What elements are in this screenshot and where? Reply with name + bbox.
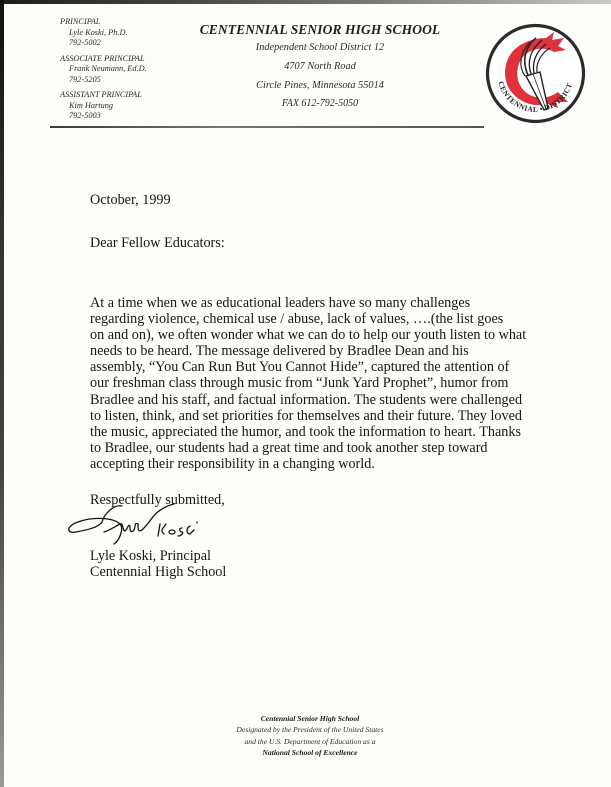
body-line: the music, appreciated the humor, and to… <box>90 424 526 440</box>
body-line: on and on), we often wonder what we can … <box>90 327 526 343</box>
administration-list: PRINCIPAL Lyle Koski, Ph.D. 792-5002 ASS… <box>60 17 147 122</box>
scan-edge-left <box>0 0 4 787</box>
body-line: At a time when we as educational leaders… <box>90 295 526 311</box>
admin-phone: 792-5003 <box>60 111 147 122</box>
school-name: CENTENNIAL SENIOR HIGH SCHOOL <box>170 22 470 38</box>
body-line: our freshman class through music from “J… <box>90 375 526 391</box>
school-street: 4707 North Road <box>170 57 470 76</box>
admin-name: Frank Neumann, Ed.D. <box>60 64 147 75</box>
body-line: accepting their responsibility in a chan… <box>90 456 526 472</box>
body-line: to listen, think, and set priorities for… <box>90 408 526 424</box>
admin-name: Lyle Koski, Ph.D. <box>60 28 147 39</box>
admin-role: ASSISTANT PRINCIPAL <box>60 90 147 101</box>
body-line: Bradlee and his staff, and factual infor… <box>90 392 526 408</box>
body-line: regarding violence, chemical use / abuse… <box>90 311 526 327</box>
body-line: assembly, “You Can Run But You Cannot Hi… <box>90 359 526 375</box>
school-city: Circle Pines, Minnesota 55014 <box>170 76 470 95</box>
torch-c-logo-icon: CENTENNIAL • DISTRICT 12 <box>484 22 587 125</box>
letter-date: October, 1999 <box>90 192 171 208</box>
signer-school: Centennial High School <box>90 564 226 580</box>
letter-salutation: Dear Fellow Educators: <box>90 235 225 251</box>
admin-role: ASSOCIATE PRINCIPAL <box>60 54 147 65</box>
scan-edge-top <box>0 0 611 4</box>
school-district: Independent School District 12 <box>170 38 470 57</box>
footer-award: National School of Excellence <box>200 747 420 758</box>
admin-role: PRINCIPAL <box>60 17 147 28</box>
admin-phone: 792-5002 <box>60 38 147 49</box>
signer-name: Lyle Koski, Principal <box>90 548 211 564</box>
footer-school-name: Centennial Senior High School <box>200 713 420 724</box>
school-header: CENTENNIAL SENIOR HIGH SCHOOL Independen… <box>170 22 470 109</box>
admin-entry-associate-principal: ASSOCIATE PRINCIPAL Frank Neumann, Ed.D.… <box>60 54 147 86</box>
footer-designation: Centennial Senior High School Designated… <box>200 713 420 758</box>
handwritten-signature-icon <box>64 500 204 548</box>
admin-name: Kim Hartung <box>60 101 147 112</box>
admin-entry-assistant-principal: ASSISTANT PRINCIPAL Kim Hartung 792-5003 <box>60 90 147 122</box>
footer-line: Designated by the President of the Unite… <box>200 724 420 735</box>
header-divider <box>50 126 484 128</box>
letter-body: At a time when we as educational leaders… <box>90 295 526 472</box>
body-line: to Bradlee, our students had a great tim… <box>90 440 526 456</box>
admin-entry-principal: PRINCIPAL Lyle Koski, Ph.D. 792-5002 <box>60 17 147 49</box>
school-fax: FAX 612-792-5050 <box>170 98 470 109</box>
admin-phone: 792-5205 <box>60 75 147 86</box>
body-line: needs to be heard. The message delivered… <box>90 343 526 359</box>
footer-line: and the U.S. Department of Education as … <box>200 736 420 747</box>
